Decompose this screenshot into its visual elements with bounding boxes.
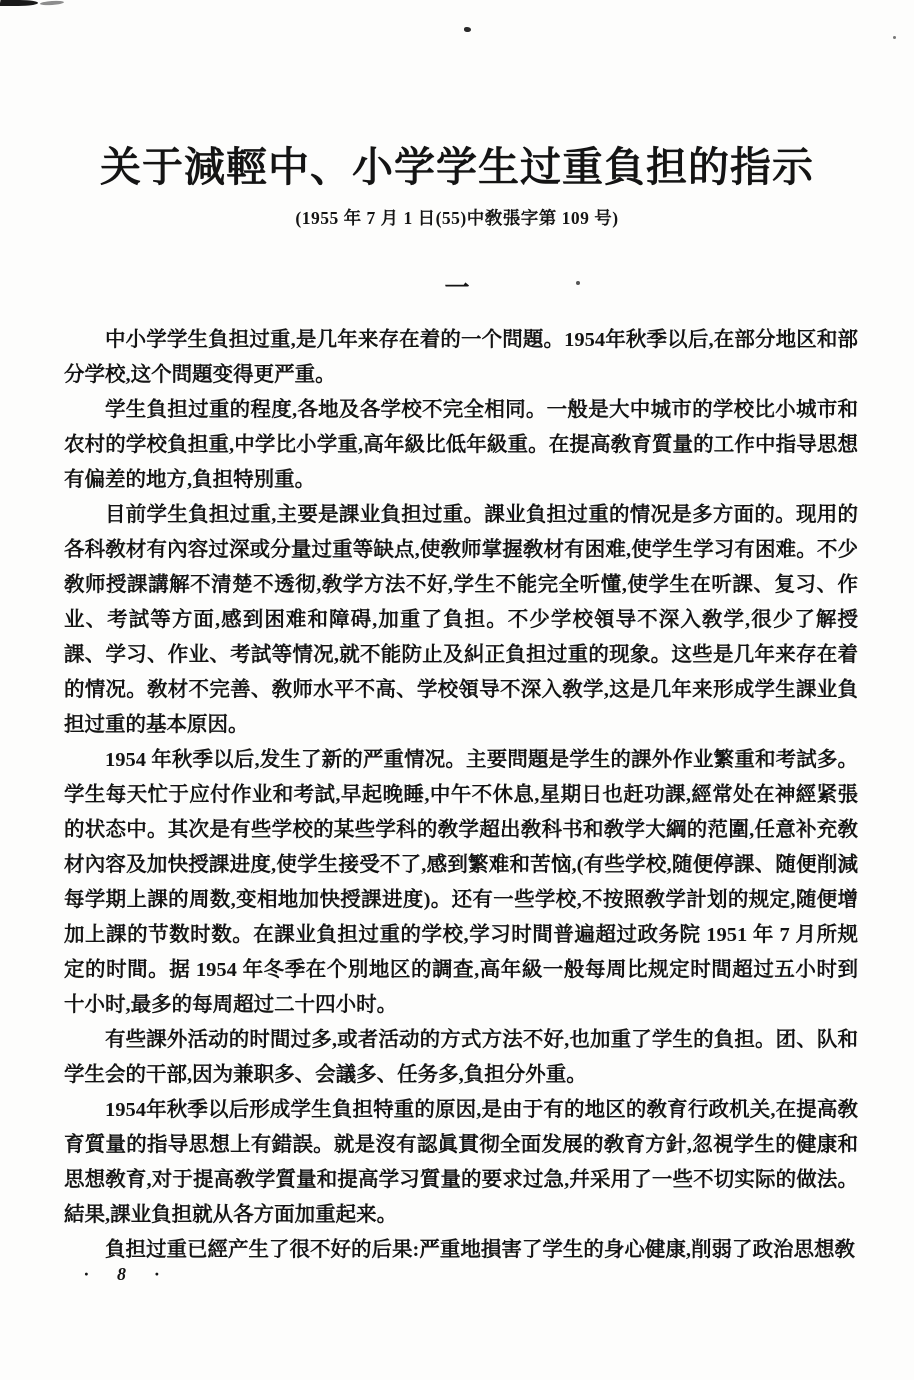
body-paragraph: 1954年秋季以后形成学生負担特重的原因,是由于有的地区的敎育行政机关,在提高敎… <box>64 1093 858 1233</box>
scan-smudge-top-left <box>0 0 39 6</box>
body-paragraph: 1954 年秋季以后,发生了新的严重情况。主要問題是学生的課外作业繁重和考試多。… <box>64 743 858 1023</box>
document-page: 关于減輕中、小学学生过重負担的指示 (1955 年 7 月 1 日(55)中敎張… <box>0 0 914 1380</box>
scan-speck <box>464 27 471 32</box>
body-paragraph: 目前学生負担过重,主要是課业負担过重。課业負担过重的情况是多方面的。现用的各科敎… <box>64 498 858 743</box>
body-paragraph: 中小学学生負担过重,是几年来存在着的一个問題。1954年秋季以后,在部分地区和部… <box>64 323 858 393</box>
scan-speck <box>893 36 896 39</box>
document-body: 中小学学生負担过重,是几年来存在着的一个問題。1954年秋季以后,在部分地区和部… <box>64 323 858 1268</box>
document-date-reference: (1955 年 7 月 1 日(55)中敎張字第 109 号) <box>0 205 914 230</box>
section-one-marker: 一 <box>0 268 914 304</box>
body-paragraph: 負担过重已經产生了很不好的后果:严重地損害了学生的身心健康,削弱了政治思想敎 <box>64 1233 858 1268</box>
body-paragraph: 有些課外活动的时間过多,或者活动的方式方法不好,也加重了学生的負担。团、队和学生… <box>64 1023 858 1093</box>
document-title: 关于減輕中、小学学生过重負担的指示 <box>0 134 914 193</box>
scan-smudge-top-left-faint <box>40 0 64 6</box>
page-number: · 8 · <box>84 1264 171 1285</box>
body-paragraph: 学生負担过重的程度,各地及各学校不完全相同。一般是大中城市的学校比小城市和农村的… <box>64 393 858 498</box>
